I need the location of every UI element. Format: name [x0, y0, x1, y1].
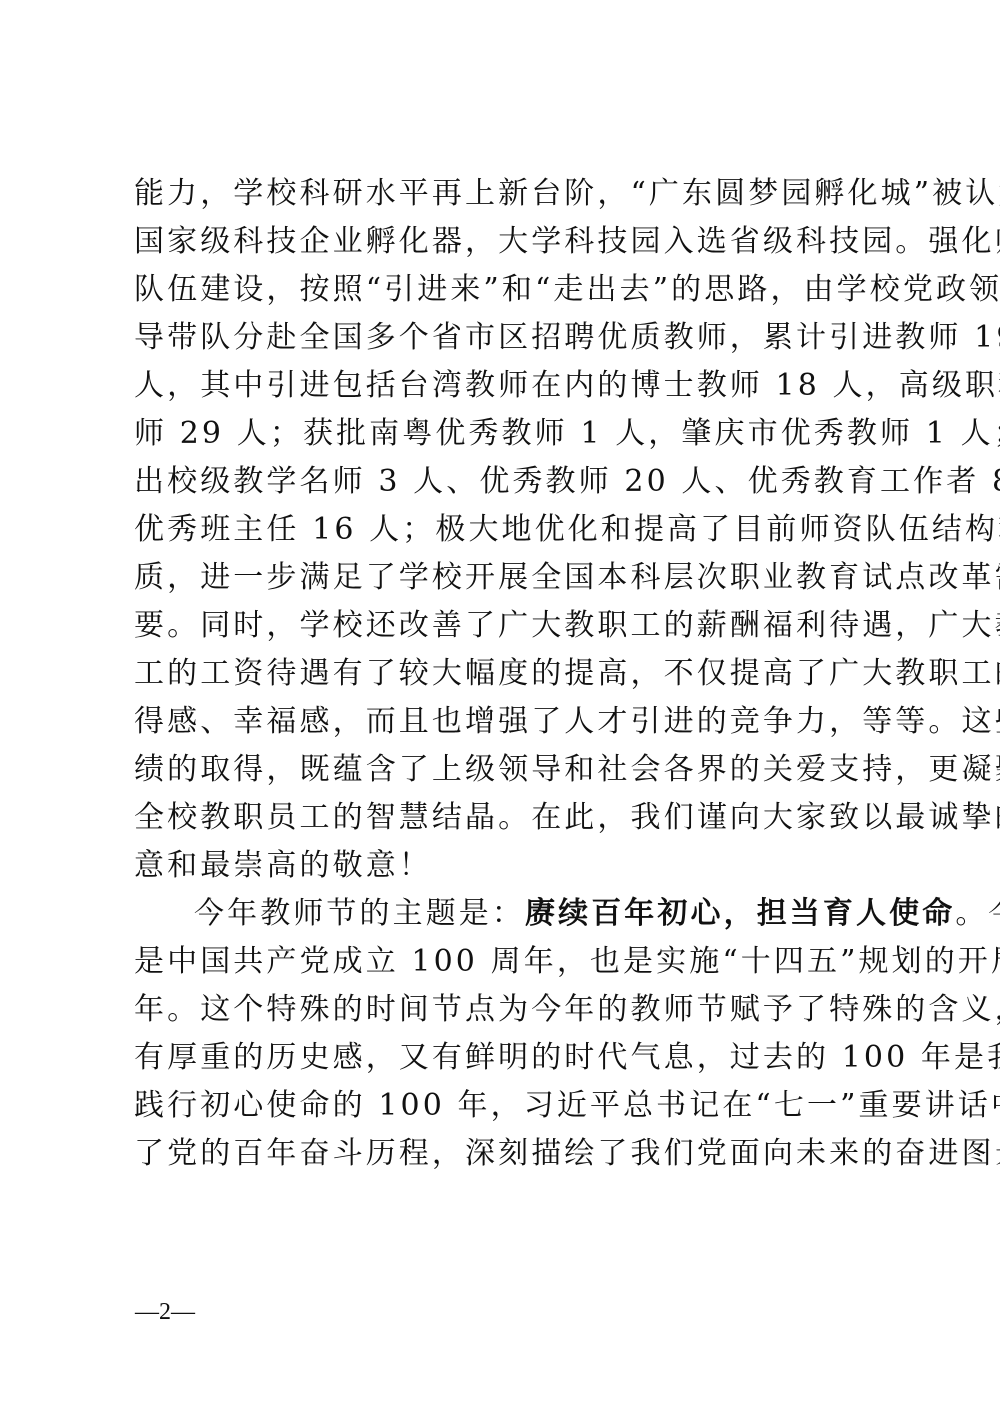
text-line: 有厚重的历史感，又有鲜明的时代气息，过去的 100 年是我们党 [134, 1038, 880, 1086]
document-page: 能力，学校科研水平再上新台阶，“广东圆梦园孵化城”被认定为 国家级科技企业孵化器… [0, 0, 1000, 1414]
text-line: 得感、幸福感，而且也增强了人才引进的竞争力，等等。这些成 [134, 702, 880, 750]
text-line: 国家级科技企业孵化器，大学科技园入选省级科技园。强化师资 [134, 222, 880, 270]
text-line: 能力，学校科研水平再上新台阶，“广东圆梦园孵化城”被认定为 [134, 174, 880, 222]
text-line: 师 29 人；获批南粤优秀教师 1 人，肇庆市优秀教师 1 人；评选 [134, 414, 880, 462]
text-line: 队伍建设，按照“引进来”和“走出去”的思路，由学校党政领 [134, 270, 880, 318]
text-line: 要。同时，学校还改善了广大教职工的薪酬福利待遇，广大教职 [134, 606, 880, 654]
text-line: 绩的取得，既蕴含了上级领导和社会各界的关爱支持，更凝聚着 [134, 750, 880, 798]
text-line: 人，其中引进包括台湾教师在内的博士教师 18 人，高级职称教 [134, 366, 880, 414]
theme-title: 赓续百年初心，担当育人使命 [525, 896, 955, 931]
text-line: 导带队分赴全国多个省市区招聘优质教师，累计引进教师 194 [134, 318, 880, 366]
theme-suffix: 。今年 [955, 896, 1000, 931]
text-line: 工的工资待遇有了较大幅度的提高，不仅提高了广大教职工的获 [134, 654, 880, 702]
text-line: 意和最崇高的敬意！ [134, 846, 880, 894]
text-line: 年。这个特殊的时间节点为今年的教师节赋予了特殊的含义，既 [134, 990, 880, 1038]
text-line: 是中国共产党成立 100 周年，也是实施“十四五”规划的开局之 [134, 942, 880, 990]
text-line: 了党的百年奋斗历程，深刻描绘了我们党面向未来的奋进图景。 [134, 1134, 880, 1182]
text-line: 全校教职员工的智慧结晶。在此，我们谨向大家致以最诚挚的谢 [134, 798, 880, 846]
text-line: 优秀班主任 16 人；极大地优化和提高了目前师资队伍结构和素 [134, 510, 880, 558]
page-number: —2— [135, 1298, 195, 1326]
theme-line: 今年教师节的主题是：赓续百年初心，担当育人使命。今年 [134, 894, 880, 942]
theme-intro: 今年教师节的主题是： [194, 896, 525, 931]
text-line: 践行初心使命的 100 年，习近平总书记在“七一”重要讲话中阐述 [134, 1086, 880, 1134]
body-text: 能力，学校科研水平再上新台阶，“广东圆梦园孵化城”被认定为 国家级科技企业孵化器… [134, 174, 880, 1182]
text-line: 出校级教学名师 3 人、优秀教师 20 人、优秀教育工作者 8 人、 [134, 462, 880, 510]
text-line: 质，进一步满足了学校开展全国本科层次职业教育试点改革需 [134, 558, 880, 606]
